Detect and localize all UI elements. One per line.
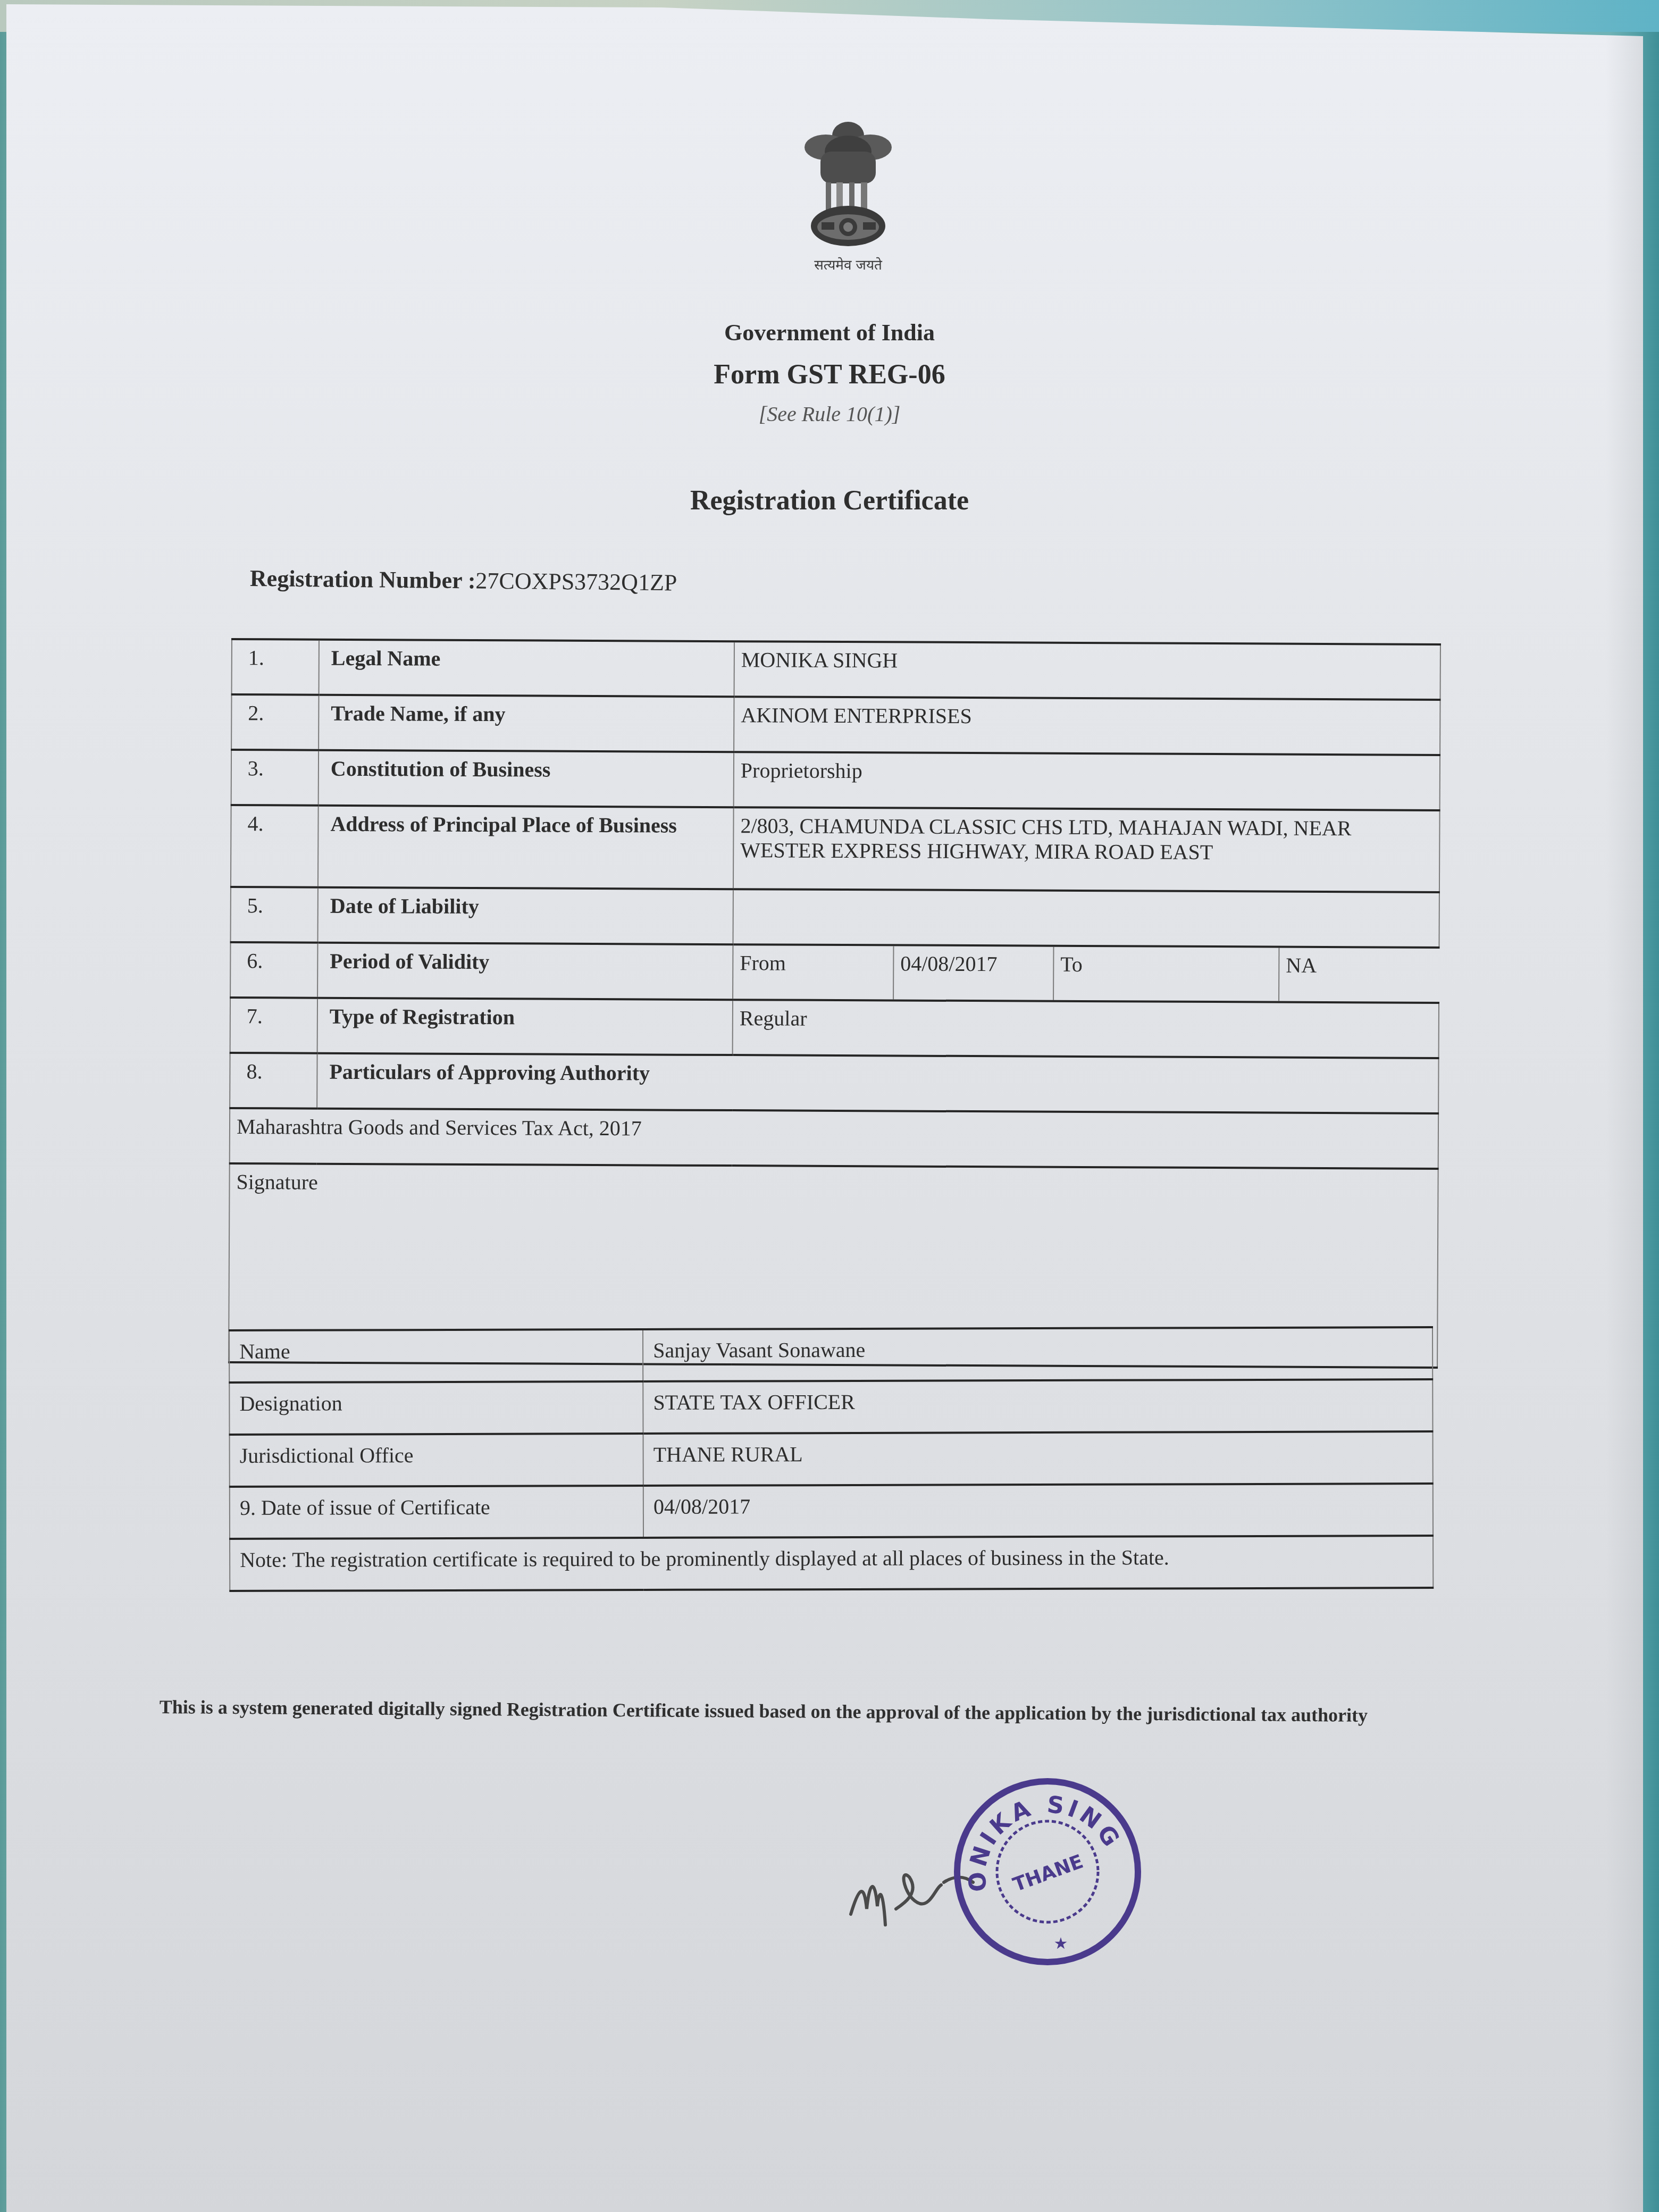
- row-label: Trade Name, if any: [319, 695, 734, 752]
- from-date: 04/08/2017: [893, 946, 1053, 1000]
- row-number: 4.: [231, 805, 319, 887]
- issue-date-value: 04/08/2017: [643, 1484, 1433, 1538]
- star-icon: ★: [1054, 1935, 1068, 1953]
- officer-name-label: Name: [229, 1329, 643, 1382]
- table-row: 7. Type of Registration Regular: [230, 998, 1439, 1058]
- registration-number: Registration Number :27COXPS3732Q1ZP: [250, 565, 677, 596]
- constitution-value: Proprietorship: [734, 752, 1440, 810]
- row-number: 6.: [230, 942, 317, 998]
- registration-details-table: 1. Legal Name MONIKA SINGH 2. Trade Name…: [228, 638, 1441, 1369]
- row-label: Particulars of Approving Authority: [317, 1053, 1438, 1113]
- national-emblem-icon: सत्यमेव जयते: [800, 114, 896, 279]
- registration-number-value: 27COXPS3732Q1ZP: [475, 567, 677, 596]
- designation-label: Designation: [229, 1381, 643, 1435]
- row-number: 8.: [230, 1053, 317, 1109]
- to-date: NA: [1279, 948, 1439, 1002]
- row-number: 3.: [231, 750, 319, 806]
- issue-date-label: 9. Date of issue of Certificate: [230, 1486, 643, 1539]
- stamp-seal: MONIKA SINGH THANE ★: [946, 1771, 1149, 1973]
- date-of-liability-value: [733, 889, 1439, 948]
- jurisdictional-office-value: THANE RURAL: [643, 1431, 1433, 1486]
- validity-period-cell: From 04/08/2017 To NA: [733, 944, 1439, 1003]
- display-note: Note: The registration certificate is re…: [230, 1536, 1433, 1591]
- table-row: 6. Period of Validity From 04/08/2017 To…: [230, 942, 1439, 1003]
- svg-text:THANE: THANE: [1010, 1851, 1086, 1896]
- rule-reference: [See Rule 10(1)]: [0, 401, 1659, 426]
- table-row: Maharashtra Goods and Services Tax Act, …: [230, 1108, 1438, 1169]
- jurisdictional-office-label: Jurisdictional Office: [230, 1434, 643, 1487]
- to-label: To: [1053, 947, 1279, 1001]
- svg-text:MONIKA SINGH: MONIKA SINGH: [946, 1771, 1128, 1913]
- officer-name-value: Sanjay Vasant Sonawane: [643, 1327, 1432, 1381]
- act-name: Maharashtra Goods and Services Tax Act, …: [230, 1108, 1438, 1169]
- table-row: 3. Constitution of Business Proprietorsh…: [231, 750, 1440, 810]
- table-row: 1. Legal Name MONIKA SINGH: [232, 639, 1440, 700]
- row-number: 2.: [231, 694, 319, 750]
- from-label: From: [733, 945, 893, 999]
- svg-text:सत्यमेव जयते: सत्यमेव जयते: [814, 257, 883, 273]
- designation-value: STATE TAX OFFICER: [643, 1379, 1432, 1434]
- approving-authority-table: Name Sanjay Vasant Sonawane Designation …: [229, 1326, 1434, 1592]
- validity-period-subtable: From 04/08/2017 To NA: [733, 945, 1439, 1002]
- row-number: 7.: [230, 998, 317, 1053]
- table-row: Name Sanjay Vasant Sonawane: [229, 1327, 1432, 1382]
- row-label: Type of Registration: [317, 998, 733, 1055]
- row-label: Date of Liability: [318, 887, 733, 944]
- table-row: 4. Address of Principal Place of Busines…: [231, 805, 1440, 892]
- row-number: 1.: [232, 639, 319, 695]
- table-row: 9. Date of issue of Certificate 04/08/20…: [230, 1484, 1433, 1539]
- trade-name-value: AKINOM ENTERPRISES: [734, 697, 1440, 755]
- form-name: Form GST REG-06: [0, 359, 1659, 390]
- row-label: Address of Principal Place of Business: [318, 806, 734, 889]
- table-row: Note: The registration certificate is re…: [230, 1536, 1433, 1591]
- certificate-title: Registration Certificate: [0, 485, 1659, 516]
- registration-type-value: Regular: [733, 1000, 1439, 1058]
- row-label: Constitution of Business: [319, 750, 734, 807]
- row-number: 5.: [231, 887, 318, 943]
- table-row: Jurisdictional Office THANE RURAL: [230, 1431, 1433, 1487]
- government-heading: Government of India: [0, 319, 1659, 346]
- table-row: 5. Date of Liability: [231, 887, 1439, 948]
- registration-number-label: Registration Number :: [250, 565, 476, 593]
- address-value: 2/803, CHAMUNDA CLASSIC CHS LTD, MAHAJAN…: [733, 807, 1440, 892]
- legal-name-value: MONIKA SINGH: [734, 641, 1440, 700]
- row-label: Legal Name: [319, 640, 734, 697]
- row-label: Period of Validity: [317, 943, 733, 1000]
- table-row: 2. Trade Name, if any AKINOM ENTERPRISES: [231, 694, 1440, 755]
- table-row: Designation STATE TAX OFFICER: [229, 1379, 1432, 1435]
- table-row: 8. Particulars of Approving Authority: [230, 1053, 1438, 1113]
